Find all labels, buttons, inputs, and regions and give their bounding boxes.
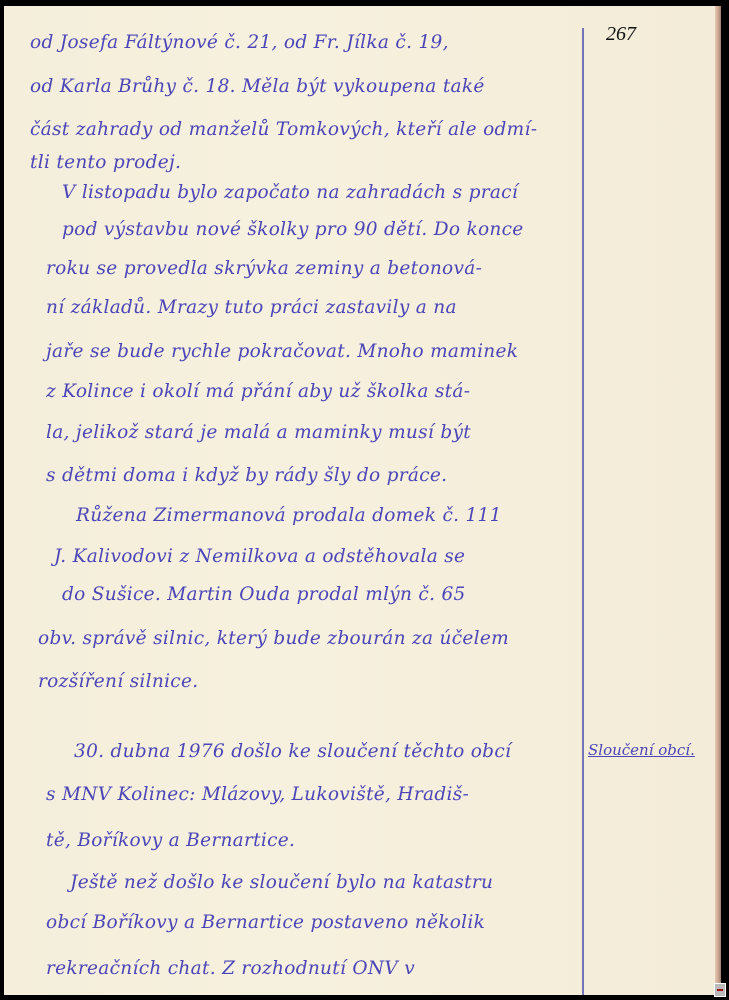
handwritten-line: tě, Boříkovy a Bernartice. [46,830,295,851]
handwritten-line: roku se provedla skrývka zeminy a betono… [46,258,482,279]
handwritten-line: s dětmi doma i když by rády šly do práce… [46,465,447,486]
handwritten-line: obv. správě silnic, který bude zbourán z… [38,628,509,649]
handwritten-line: Ještě než došlo ke sloučení bylo na kata… [70,872,493,893]
handwritten-line: V listopadu bylo započato na zahradách s… [62,182,518,203]
handwritten-line: část zahrady od manželů Tomkových, kteří… [30,119,537,140]
handwritten-line: s MNV Kolinec: Mlázovy, Lukoviště, Hradi… [46,784,469,805]
page-edge [715,6,721,995]
handwritten-line: z Kolince i okolí má přání aby už školka… [46,381,470,402]
handwritten-line: ní základů. Mrazy tuto práci zastavily a… [46,297,457,318]
handwritten-line: od Karla Brůhy č. 18. Měla být vykoupena… [30,76,485,97]
handwritten-line: od Josefa Fáltýnové č. 21, od Fr. Jílka … [30,32,449,53]
handwritten-line: obcí Boříkovy a Bernartice postaveno něk… [46,912,485,933]
page-number: 267 [606,23,636,46]
handwritten-line: la, jelikož stará je malá a maminky musí… [46,422,471,443]
handwritten-line: Růžena Zimermanová prodala domek č. 111 [76,505,502,526]
handwritten-line: pod výstavbu nové školky pro 90 dětí. Do… [62,219,524,240]
handwritten-line: J. Kalivodovi z Nemilkova a odstěhovala … [54,546,465,567]
handwritten-line: 30. dubna 1976 došlo ke sloučení těchto … [74,741,511,762]
handwritten-line: do Sušice. Martin Ouda prodal mlýn č. 65 [62,584,466,605]
margin-line [582,28,584,995]
margin-note: Sloučení obcí. [588,741,695,759]
notebook-page: 267 od Josefa Fáltýnové č. 21, od Fr. Jí… [4,6,721,995]
handwritten-line: jaře se bude rychle pokračovat. Mnoho ma… [46,341,518,362]
handwritten-line: tli tento prodej. [30,152,181,173]
handwritten-line: rekreačních chat. Z rozhodnutí ONV v [46,958,415,979]
handwritten-line: rozšíření silnice. [38,671,198,692]
corner-widget-icon[interactable] [714,983,726,997]
